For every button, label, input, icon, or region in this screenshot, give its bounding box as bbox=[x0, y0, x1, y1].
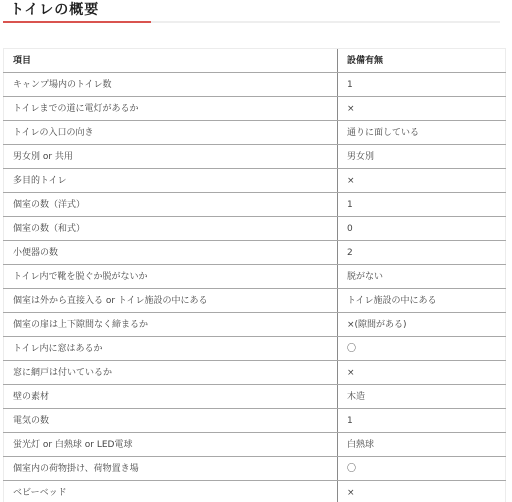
row-item: 個室の数（和式） bbox=[4, 217, 338, 241]
row-value: 0 bbox=[338, 217, 506, 241]
table-row: 個室の扉は上下隙間なく締まるか ×(隙間がある) bbox=[4, 313, 506, 337]
row-value: 1 bbox=[338, 73, 506, 97]
row-item: 個室内の荷物掛け、荷物置き場 bbox=[4, 457, 338, 481]
table-row: 個室の数（和式） 0 bbox=[4, 217, 506, 241]
table-row: 電気の数 1 bbox=[4, 409, 506, 433]
table-row: 個室の数（洋式） 1 bbox=[4, 193, 506, 217]
title-underline bbox=[3, 21, 500, 23]
table-row: トイレの入口の向き 通りに面している bbox=[4, 121, 506, 145]
row-item: キャンプ場内のトイレ数 bbox=[4, 73, 338, 97]
row-value: トイレ施設の中にある bbox=[338, 289, 506, 313]
row-item: 壁の素材 bbox=[4, 385, 338, 409]
table-header-row: 項目 設備有無 bbox=[4, 49, 506, 73]
row-value: 〇 bbox=[338, 457, 506, 481]
row-item: トイレ内に窓はあるか bbox=[4, 337, 338, 361]
row-item: 多目的トイレ bbox=[4, 169, 338, 193]
row-value: 木造 bbox=[338, 385, 506, 409]
row-value: × bbox=[338, 169, 506, 193]
row-item: 電気の数 bbox=[4, 409, 338, 433]
table-row: キャンプ場内のトイレ数 1 bbox=[4, 73, 506, 97]
table-row: 多目的トイレ × bbox=[4, 169, 506, 193]
row-value: 通りに面している bbox=[338, 121, 506, 145]
table-row: トイレまでの道に電灯があるか × bbox=[4, 97, 506, 121]
row-item: 男女別 or 共用 bbox=[4, 145, 338, 169]
row-item: 個室の扉は上下隙間なく締まるか bbox=[4, 313, 338, 337]
row-value: × bbox=[338, 481, 506, 502]
table-row: 男女別 or 共用 男女別 bbox=[4, 145, 506, 169]
toilet-overview-table: 項目 設備有無 キャンプ場内のトイレ数 1 トイレまでの道に電灯があるか × ト… bbox=[3, 48, 506, 502]
title-underline-accent bbox=[3, 21, 151, 23]
table-row: ベビーベッド × bbox=[4, 481, 506, 502]
row-item: ベビーベッド bbox=[4, 481, 338, 502]
row-value: × bbox=[338, 97, 506, 121]
table-row: トイレ内で靴を脱ぐか脱がないか 脱がない bbox=[4, 265, 506, 289]
row-item: 個室の数（洋式） bbox=[4, 193, 338, 217]
row-item: トイレまでの道に電灯があるか bbox=[4, 97, 338, 121]
row-item: トイレ内で靴を脱ぐか脱がないか bbox=[4, 265, 338, 289]
row-value: 脱がない bbox=[338, 265, 506, 289]
row-item: 個室は外から直接入る or トイレ施設の中にある bbox=[4, 289, 338, 313]
row-item: 蛍光灯 or 白熱球 or LED電球 bbox=[4, 433, 338, 457]
row-value: 男女別 bbox=[338, 145, 506, 169]
row-item: 小便器の数 bbox=[4, 241, 338, 265]
table-row: トイレ内に窓はあるか 〇 bbox=[4, 337, 506, 361]
toilet-overview-page: トイレの概要 項目 設備有無 キャンプ場内のトイレ数 1 トイレまでの道に電灯が… bbox=[0, 0, 512, 502]
table-row: 小便器の数 2 bbox=[4, 241, 506, 265]
table-row: 個室は外から直接入る or トイレ施設の中にある トイレ施設の中にある bbox=[4, 289, 506, 313]
table-row: 個室内の荷物掛け、荷物置き場 〇 bbox=[4, 457, 506, 481]
row-value: 1 bbox=[338, 193, 506, 217]
row-item: トイレの入口の向き bbox=[4, 121, 338, 145]
row-value: 〇 bbox=[338, 337, 506, 361]
row-item: 窓に網戸は付いているか bbox=[4, 361, 338, 385]
row-value: × bbox=[338, 361, 506, 385]
column-header-item: 項目 bbox=[4, 49, 338, 73]
table-row: 窓に網戸は付いているか × bbox=[4, 361, 506, 385]
table-row: 蛍光灯 or 白熱球 or LED電球 白熱球 bbox=[4, 433, 506, 457]
table-row: 壁の素材 木造 bbox=[4, 385, 506, 409]
row-value: 白熱球 bbox=[338, 433, 506, 457]
section-title: トイレの概要 bbox=[10, 1, 99, 19]
row-value: 1 bbox=[338, 409, 506, 433]
row-value: 2 bbox=[338, 241, 506, 265]
row-value: ×(隙間がある) bbox=[338, 313, 506, 337]
column-header-value: 設備有無 bbox=[338, 49, 506, 73]
